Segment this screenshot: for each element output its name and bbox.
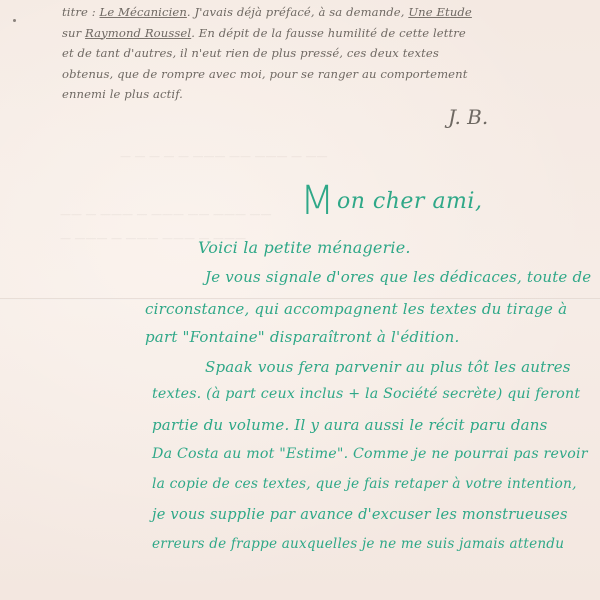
show-through-text: —— — ——— — ——— —— ——— ——: [60, 208, 271, 221]
pencil-dot: [13, 19, 16, 22]
pencil-line-5: ennemi le plus actif.: [62, 84, 592, 105]
letter-line-3: circonstance, qui accompagnent les texte…: [145, 300, 567, 318]
pencil-line-3: et de tant d'autres, il n'eut rien de pl…: [62, 43, 592, 64]
title-une-etude: Une Etude: [408, 5, 472, 19]
letter-line-4: part "Fontaine" disparaîtront à l'éditio…: [145, 328, 460, 346]
letter-line-6: textes. (à part ceux inclus + la Société…: [152, 386, 580, 402]
letter-line-10: je vous supplie par avance d'excuser les…: [152, 506, 568, 523]
text: . J'avais déjà préfacé, à sa demande,: [187, 5, 408, 19]
pencil-line-4: obtenus, que de rompre avec moi, pour se…: [62, 64, 592, 85]
pencil-line-1: titre : Le Mécanicien. J'avais déjà préf…: [62, 2, 592, 23]
letter-page: — — — — — ——— —— ——— — —— —— — ——— — ———…: [0, 0, 600, 600]
title-raymond-roussel: Raymond Roussel: [85, 26, 191, 40]
pencil-signature: J. B.: [448, 105, 488, 129]
letter-line-8: Da Costa au mot "Estime". Comme je ne po…: [152, 446, 588, 462]
text: sur: [62, 26, 85, 40]
text: . En dépit de la fausse humilité de cett…: [191, 26, 466, 40]
text: titre :: [62, 5, 100, 19]
show-through-text: — — — — — ——— —— ——— — ——: [120, 150, 327, 163]
pencil-annotation: titre : Le Mécanicien. J'avais déjà préf…: [62, 2, 592, 105]
letter-line-7: partie du volume. Il y aura aussi le réc…: [152, 416, 548, 434]
letter-line-9: la copie de ces textes, que je fais reta…: [152, 476, 577, 492]
letter-line-1: Voici la petite ménagerie.: [198, 238, 411, 257]
letter-line-2: Je vous signale d'ores que les dédicaces…: [205, 268, 591, 286]
letter-line-11: erreurs de frappe auxquelles je ne me su…: [152, 536, 564, 552]
salutation: Mon cher ami,: [300, 178, 482, 224]
pencil-line-2: sur Raymond Roussel. En dépit de la faus…: [62, 23, 592, 44]
salutation-text: on cher ami,: [337, 189, 482, 214]
letter-line-5: Spaak vous fera parvenir au plus tôt les…: [205, 358, 571, 376]
title-mecanicien: Le Mécanicien: [100, 5, 187, 19]
salutation-initial: M: [300, 178, 335, 224]
